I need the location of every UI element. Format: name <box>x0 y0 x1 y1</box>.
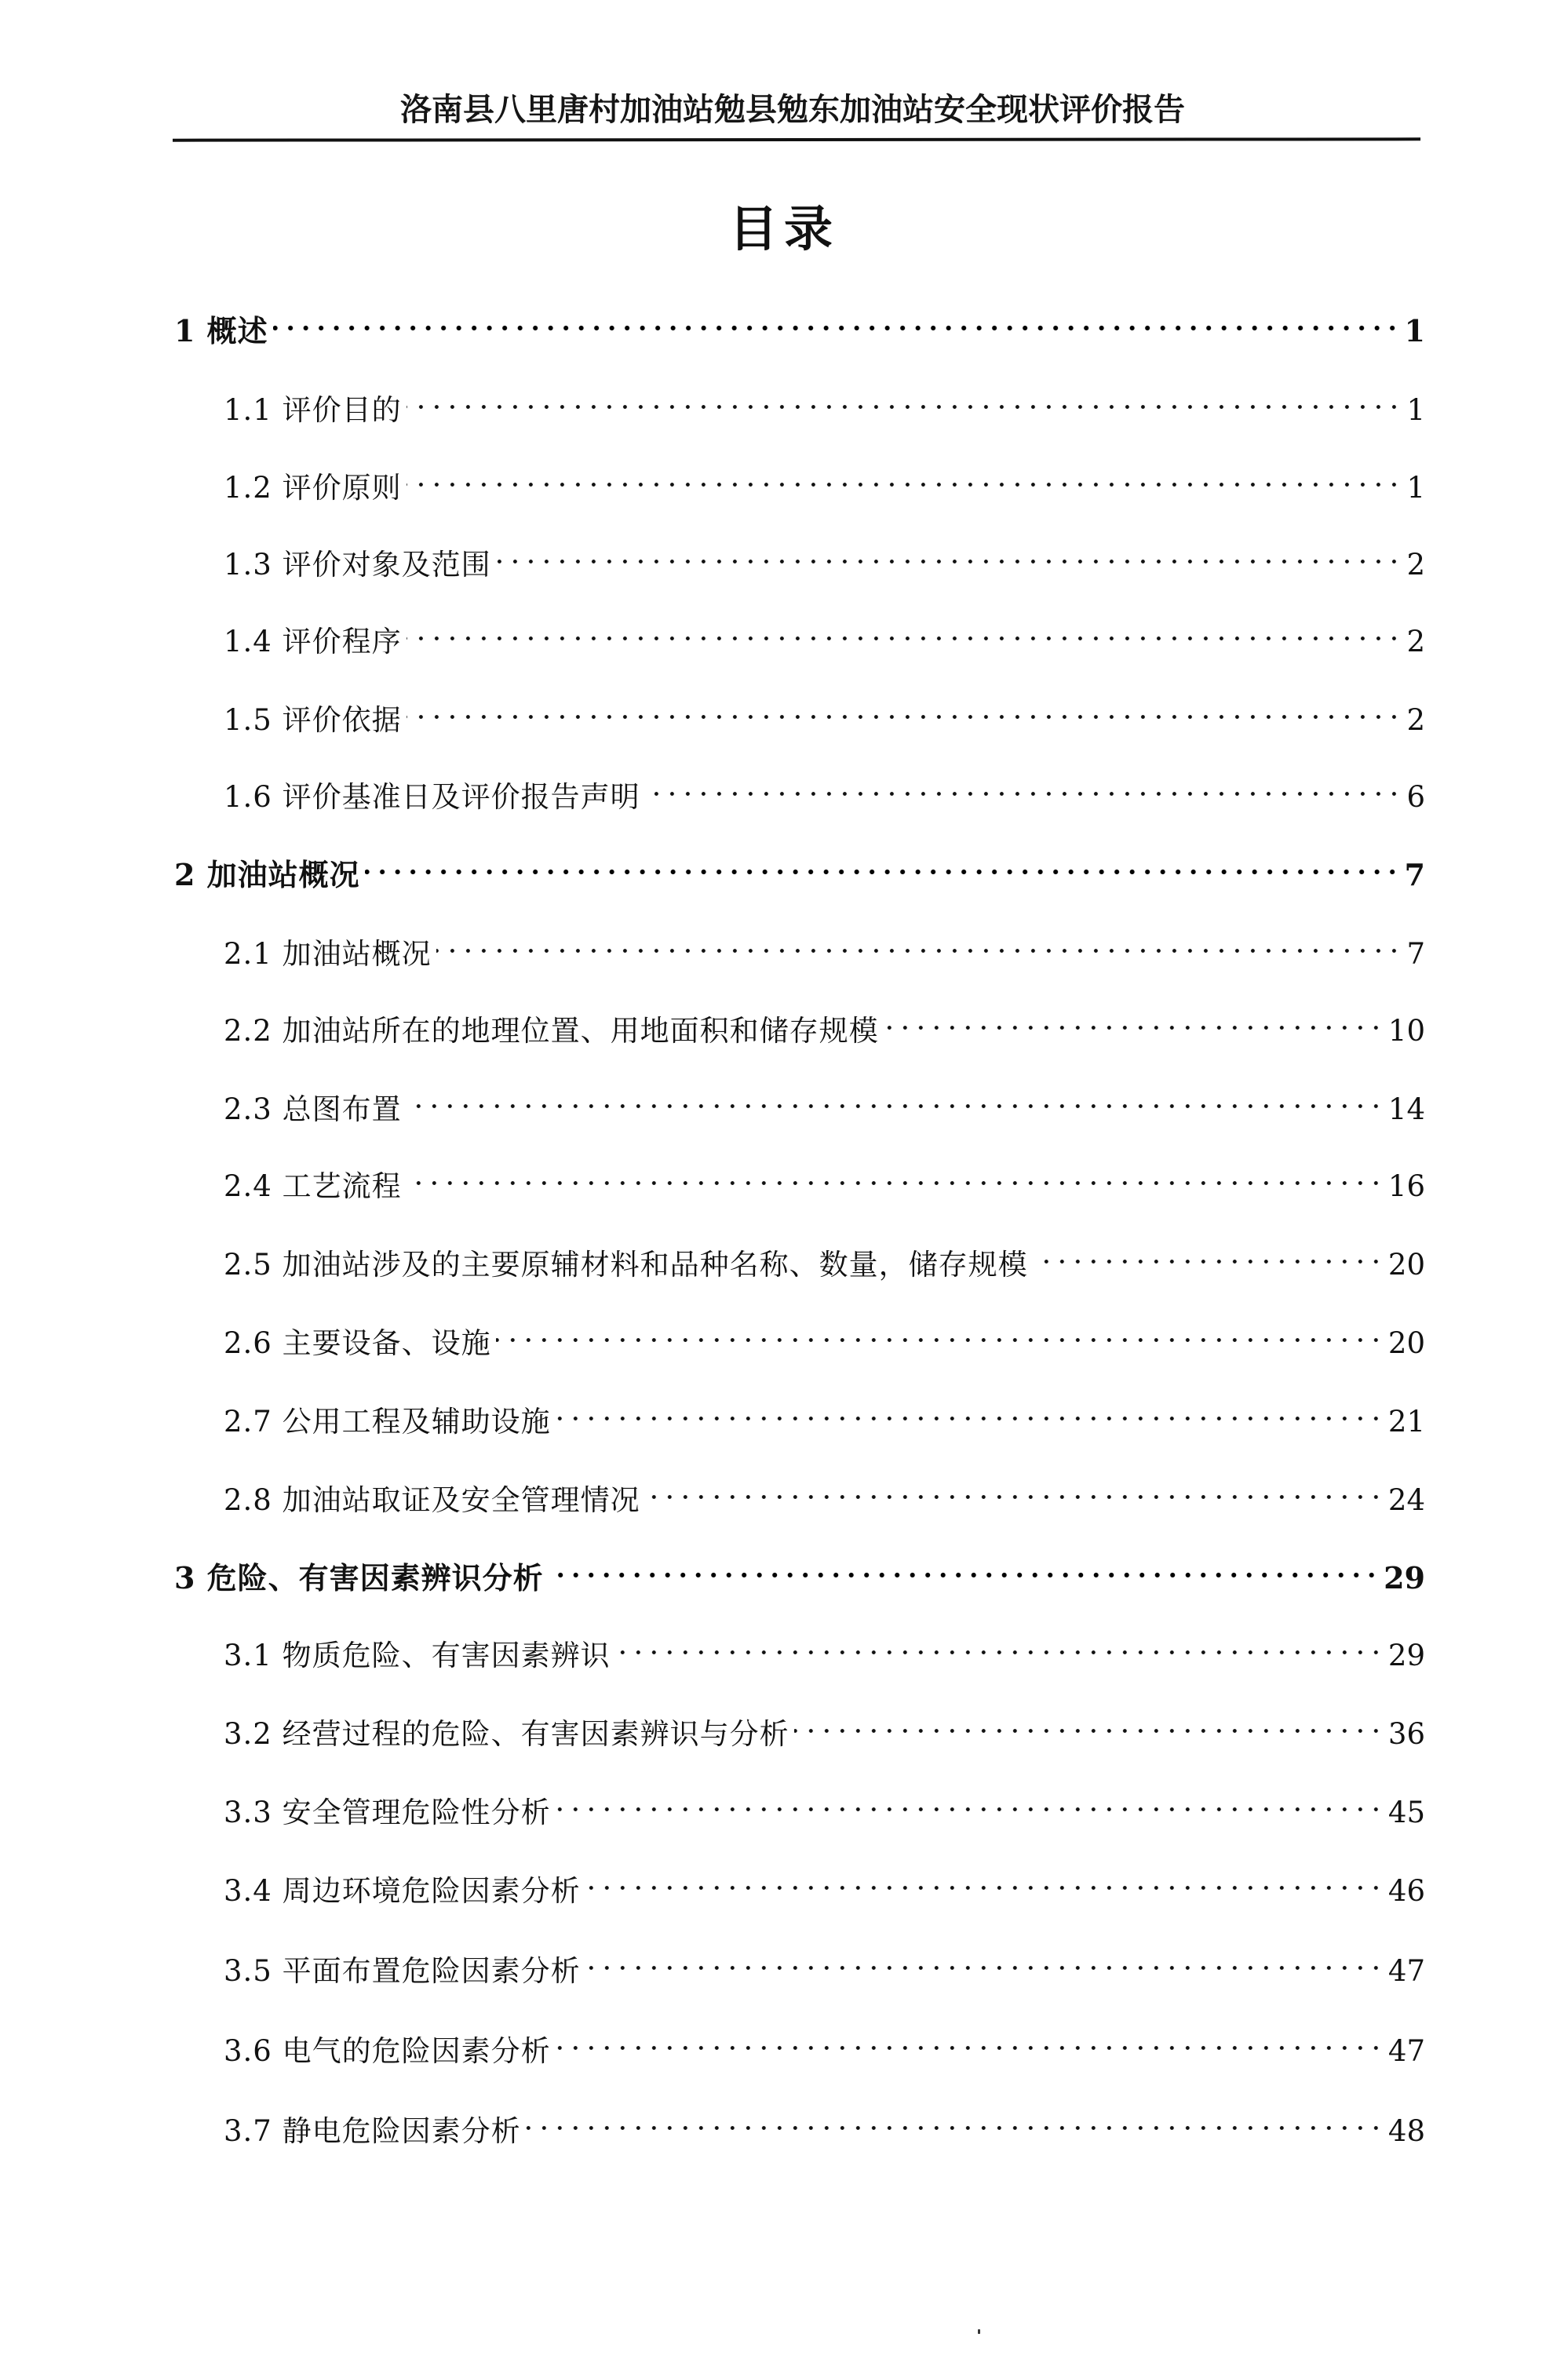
toc-entry[interactable]: 3.1 物质危险、有害因素辨识 29 <box>224 1618 1425 1665</box>
dot-leader <box>645 1463 1384 1510</box>
toc-entry[interactable]: 2.2 加油站所在的地理位置、用地面积和储存规模 10 <box>224 994 1425 1041</box>
toc-entry[interactable]: 3.5 平面布置危险因素分析 47 <box>224 1934 1425 1981</box>
toc-entry[interactable]: 2.4 工艺流程 16 <box>224 1149 1425 1196</box>
toc-entry-page: 10 <box>1388 1008 1425 1055</box>
dot-leader <box>1033 1227 1384 1274</box>
dot-leader <box>365 838 1400 885</box>
toc-entry-label: 2.5 加油站涉及的主要原辅材料和品种名称、数量，储存规模 <box>224 1242 1028 1289</box>
scan-speck <box>978 2329 980 2334</box>
dot-leader <box>585 1854 1384 1901</box>
toc-entry[interactable]: 3 危险、有害因素辨识分析 29 <box>174 1541 1425 1588</box>
running-header: 洛南县八里唐村加油站勉县勉东加油站安全现状评价报告 <box>173 88 1413 132</box>
toc-entry-label: 2 加油站概况 <box>174 851 360 899</box>
toc-entry[interactable]: 2.7 公用工程及辅助设施 21 <box>224 1384 1425 1431</box>
dot-leader <box>407 604 1402 651</box>
toc-entry[interactable]: 2.8 加油站取证及安全管理情况 24 <box>224 1463 1425 1510</box>
dot-leader <box>436 917 1402 964</box>
dot-leader <box>556 1775 1384 1822</box>
dot-leader <box>526 2094 1384 2141</box>
dot-leader <box>615 1618 1384 1665</box>
toc-entry-page: 48 <box>1388 2108 1425 2155</box>
toc-entry-page: 16 <box>1388 1163 1425 1210</box>
toc-entry-label: 3.4 周边环境危险因素分析 <box>224 1868 581 1915</box>
toc-entry[interactable]: 1 概述 1 <box>174 294 1425 341</box>
toc-entry[interactable]: 3.6 电气的危险因素分析 47 <box>224 2014 1425 2061</box>
toc-entry-page: 29 <box>1384 1555 1425 1602</box>
toc-entry[interactable]: 1.4 评价程序 2 <box>224 604 1425 651</box>
dot-leader <box>556 1384 1384 1431</box>
toc-entry-page: 6 <box>1406 774 1425 821</box>
toc-entry-page: 1 <box>1406 387 1425 434</box>
toc-entry-label: 1.4 评价程序 <box>224 618 402 666</box>
toc-entry-page: 46 <box>1388 1868 1425 1915</box>
toc-entry-page: 1 <box>1405 308 1425 355</box>
dot-leader <box>496 527 1402 574</box>
toc-entry[interactable]: 3.7 静电危险因素分析 48 <box>224 2094 1425 2141</box>
toc-entry[interactable]: 3.3 安全管理危险性分析 45 <box>224 1775 1425 1822</box>
toc-entry-page: 36 <box>1388 1711 1425 1758</box>
toc-entry-page: 2 <box>1406 542 1425 589</box>
toc-entry[interactable]: 2.3 总图布置 14 <box>224 1072 1425 1119</box>
dot-leader <box>407 373 1402 420</box>
toc-entry-page: 29 <box>1388 1632 1425 1679</box>
toc-entry-page: 7 <box>1405 851 1425 899</box>
toc-entry-label: 2.4 工艺流程 <box>224 1163 402 1210</box>
toc-entry-label: 1 概述 <box>174 308 268 355</box>
toc-entry[interactable]: 1.1 评价目的 1 <box>224 373 1425 420</box>
dot-leader <box>407 1072 1384 1119</box>
toc-entry-label: 1.1 评价目的 <box>224 387 402 434</box>
toc-entry-page: 47 <box>1388 2028 1425 2075</box>
toc-entry[interactable]: 3.4 周边环境危险因素分析 46 <box>224 1854 1425 1901</box>
dot-leader <box>407 1149 1384 1196</box>
dot-leader <box>585 1934 1384 1981</box>
toc-entry-page: 21 <box>1388 1398 1425 1446</box>
toc-entry-page: 20 <box>1388 1320 1425 1367</box>
toc-entry-page: 14 <box>1388 1086 1425 1133</box>
toc-entry-page: 20 <box>1388 1242 1425 1289</box>
toc-entry-label: 3.1 物质危险、有害因素辨识 <box>224 1632 611 1679</box>
toc-entry-label: 2.1 加油站概况 <box>224 931 432 978</box>
toc-entry[interactable]: 1.3 评价对象及范围 2 <box>224 527 1425 574</box>
dot-leader <box>549 1541 1379 1588</box>
toc-entry[interactable]: 3.2 经营过程的危险、有害因素辨识与分析 36 <box>224 1697 1425 1744</box>
toc-entry-page: 2 <box>1406 618 1425 666</box>
toc-entry-label: 1.2 评价原则 <box>224 465 402 512</box>
dot-leader <box>884 994 1384 1041</box>
toc-entry-label: 2.7 公用工程及辅助设施 <box>224 1398 551 1446</box>
toc-entry-page: 1 <box>1406 465 1425 512</box>
toc-entry-label: 1.3 评价对象及范围 <box>224 542 491 589</box>
toc-entry[interactable]: 1.6 评价基准日及评价报告声明 6 <box>224 760 1425 807</box>
toc-entry-label: 3 危险、有害因素辨识分析 <box>174 1555 544 1602</box>
toc-entry-label: 3.7 静电危险因素分析 <box>224 2108 521 2155</box>
toc-entry-label: 2.2 加油站所在的地理位置、用地面积和储存规模 <box>224 1008 879 1055</box>
dot-leader <box>556 2014 1384 2061</box>
toc-entry[interactable]: 1.2 评价原则 1 <box>224 450 1425 498</box>
toc-entry-label: 2.6 主要设备、设施 <box>224 1320 491 1367</box>
toc-title: 目录 <box>0 198 1568 261</box>
toc-entry-label: 2.3 总图布置 <box>224 1086 402 1133</box>
dot-leader <box>794 1697 1384 1744</box>
toc-entry-label: 3.5 平面布置危险因素分析 <box>224 1948 581 1995</box>
toc-entry-label: 3.6 电气的危险因素分析 <box>224 2028 551 2075</box>
toc-entry-page: 7 <box>1406 931 1425 978</box>
toc-entry-label: 3.3 安全管理危险性分析 <box>224 1789 551 1836</box>
dot-leader <box>407 683 1402 730</box>
toc-entry-page: 47 <box>1388 1948 1425 1995</box>
dot-leader <box>645 760 1402 807</box>
toc-entry-label: 1.6 评价基准日及评价报告声明 <box>224 774 640 821</box>
dot-leader <box>496 1306 1384 1353</box>
toc-entry[interactable]: 2.6 主要设备、设施 20 <box>224 1306 1425 1353</box>
toc-entry[interactable]: 2 加油站概况 7 <box>174 838 1425 885</box>
toc-entry-label: 3.2 经营过程的危险、有害因素辨识与分析 <box>224 1711 789 1758</box>
toc-entry[interactable]: 1.5 评价依据 2 <box>224 683 1425 730</box>
dot-leader <box>273 294 1400 341</box>
toc-entry-page: 2 <box>1406 697 1425 744</box>
header-rule <box>173 137 1420 141</box>
dot-leader <box>407 450 1402 498</box>
toc-entry-page: 24 <box>1388 1477 1425 1524</box>
toc-entry-label: 2.8 加油站取证及安全管理情况 <box>224 1477 640 1524</box>
toc-entry-page: 45 <box>1388 1789 1425 1836</box>
toc-entry-label: 1.5 评价依据 <box>224 697 402 744</box>
toc-entry[interactable]: 2.1 加油站概况 7 <box>224 917 1425 964</box>
toc-entry[interactable]: 2.5 加油站涉及的主要原辅材料和品种名称、数量，储存规模 20 <box>224 1227 1425 1274</box>
